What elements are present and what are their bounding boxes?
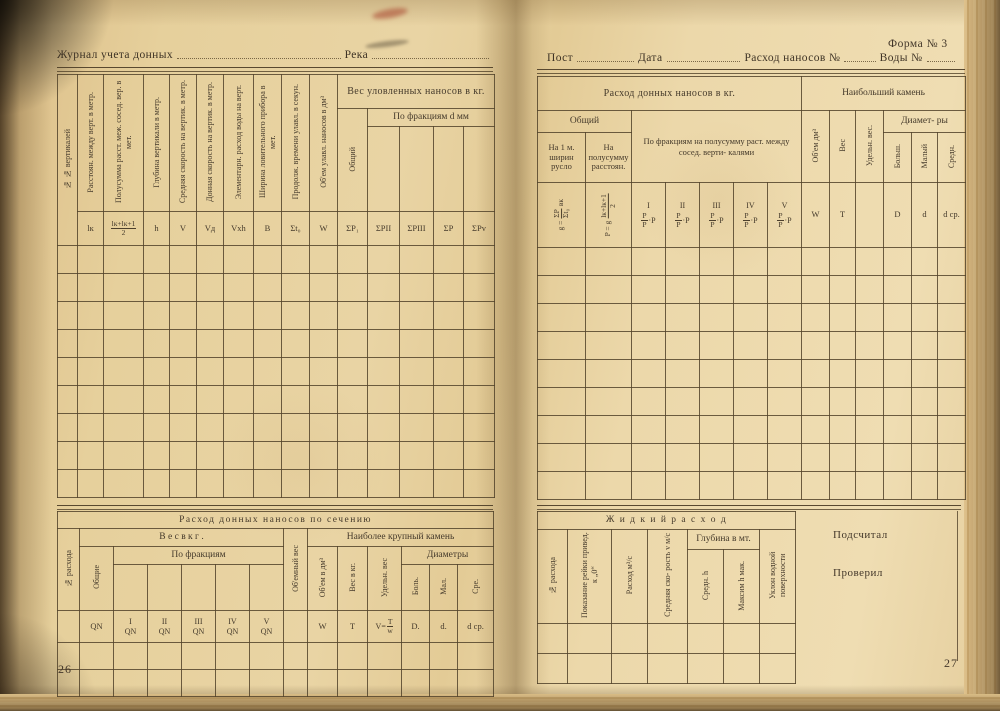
red-ink-smudge (371, 6, 408, 21)
symbol-empty (58, 611, 80, 643)
body-cell (282, 414, 310, 442)
body-cell (368, 414, 400, 442)
body-cell (224, 386, 254, 414)
body-cell (78, 302, 104, 330)
body-cell (538, 276, 586, 304)
body-cell (434, 470, 464, 498)
group-header-weight-kg: В е с в к г . (80, 529, 284, 547)
symbol-mean: d ср. (938, 183, 966, 248)
qn-5: VQN (251, 617, 282, 636)
symbol-qn-1: IQN (114, 611, 148, 643)
body-cell (216, 643, 250, 670)
body-cell (458, 643, 494, 670)
body-cell (856, 332, 884, 360)
body-cell (688, 624, 724, 654)
body-cell (170, 470, 197, 498)
body-cell (538, 248, 586, 276)
table-row (58, 274, 495, 302)
col-header-depth-max-label: Максим h мак. (737, 561, 747, 611)
body-cell (368, 670, 402, 697)
formula-suffix: ·P (649, 216, 656, 226)
body-cell (632, 472, 666, 500)
body-cell (734, 276, 768, 304)
formula-line: PP·P (777, 212, 791, 230)
body-cell (430, 643, 458, 670)
journal-label: Журнал учета донных (57, 49, 173, 61)
table-row (538, 360, 966, 388)
table-row (538, 472, 966, 500)
body-cell (586, 388, 632, 416)
symbol-depth: h (144, 212, 170, 246)
fraction-formula-3: IIIPP·P (701, 201, 732, 220)
body-cell (434, 386, 464, 414)
symbol-bottom-speed: Vд (197, 212, 224, 246)
body-cell (912, 276, 938, 304)
calculated-by-label: Подсчитал (833, 529, 957, 541)
body-cell (78, 358, 104, 386)
numeral: IV (735, 201, 766, 211)
col-header-large-label: Больш. (893, 144, 903, 168)
fraction-column-spacer (114, 565, 148, 611)
fraction: lк+lк+12 (600, 193, 618, 219)
formula-suffix: ·P (785, 216, 792, 226)
body-cell (282, 274, 310, 302)
body-cell (884, 472, 912, 500)
symbol-fraction-4: IVPP·P (734, 183, 768, 248)
fraction: PP (743, 212, 749, 230)
numeral: IV (217, 617, 248, 627)
date-label: Дата (638, 52, 663, 64)
body-cell (802, 444, 830, 472)
symbol-halfsum: lк+lк+12 (104, 212, 144, 246)
body-cell (632, 332, 666, 360)
col-header-q-label: Расход м³/с (625, 556, 635, 594)
body-cell (400, 442, 434, 470)
right-main-table-body (538, 248, 966, 500)
numeral: III (183, 617, 214, 627)
symbol-qn-common: QN (80, 611, 114, 643)
body-cell (282, 330, 310, 358)
body-cell (310, 302, 338, 330)
body-cell (104, 246, 144, 274)
body-cell (802, 276, 830, 304)
body-cell (78, 414, 104, 442)
left-main-table: № № вертикалей Расстоян. между верт. в м… (57, 74, 495, 498)
rotated-formula-wrap: P = glк+lк+12 (587, 206, 630, 224)
fraction-formula-5: VPP·P (769, 201, 800, 220)
formula-suffix: вк (557, 199, 566, 206)
body-cell (282, 302, 310, 330)
body-cell (284, 670, 308, 697)
body-cell (538, 472, 586, 500)
body-cell (802, 472, 830, 500)
body-cell (884, 332, 912, 360)
body-cell (144, 246, 170, 274)
table-row (538, 624, 796, 654)
body-cell (338, 274, 368, 302)
col-header-gauge: Показание рейки привед. к „0“ (568, 530, 612, 624)
body-cell (224, 442, 254, 470)
numeral: II (667, 201, 698, 211)
col-header-speed: Средняя ско- рость v м/с (648, 530, 688, 624)
book-scan: Журнал учета донных Река № № вертикалей … (0, 0, 1000, 711)
col-header-large: Больш. (884, 133, 912, 183)
body-cell (197, 330, 224, 358)
symbol-stone-weight: T (338, 611, 368, 643)
symbol-small: d (912, 183, 938, 248)
body-cell (182, 670, 216, 697)
body-cell (666, 472, 700, 500)
body-cell (734, 472, 768, 500)
body-cell (938, 276, 966, 304)
body-cell (402, 670, 430, 697)
formula-suffix: ·P (717, 216, 724, 226)
numeral: III (701, 201, 732, 211)
body-cell (224, 358, 254, 386)
body-cell (434, 274, 464, 302)
fraction-formula-1: IPP·P (633, 201, 664, 220)
halfsum-fraction: lк+lк+12 (111, 220, 137, 238)
col-header-large-label: Боль. (411, 577, 421, 595)
double-rule (57, 67, 493, 72)
col-header-volume-label: Об'ем улавл. наносов в дм³ (319, 96, 329, 188)
body-cell (224, 246, 254, 274)
col-header-common: Общие (80, 547, 114, 611)
body-cell (538, 444, 586, 472)
body-cell (254, 442, 282, 470)
qn-symbol: QN (159, 627, 171, 636)
body-cell (144, 386, 170, 414)
body-cell (144, 302, 170, 330)
body-cell (282, 470, 310, 498)
body-cell (938, 416, 966, 444)
body-cell (830, 332, 856, 360)
body-cell (830, 416, 856, 444)
symbol-volume: W (310, 212, 338, 246)
body-cell (338, 302, 368, 330)
table-row (58, 386, 495, 414)
body-cell (282, 358, 310, 386)
formula-prefix: g = (557, 221, 566, 231)
body-cell (144, 442, 170, 470)
symbol-mean: d ср. (458, 611, 494, 643)
body-cell (182, 643, 216, 670)
symbol-duration: Σt₀ (282, 212, 310, 246)
col-header-discharge-no: № расхода (538, 530, 568, 624)
body-cell (144, 470, 170, 498)
fraction-column-spacer (464, 127, 495, 212)
body-cell (912, 388, 938, 416)
col-header-total: Общий (338, 109, 368, 212)
col-header-catcher-width: Ширина ловительного прибора в мет. (254, 75, 282, 212)
col-header-halfsum: Полусумма расст. меж. сосед. вер. в мет. (104, 75, 144, 212)
body-cell (802, 388, 830, 416)
fraction-column-spacer (434, 127, 464, 212)
body-cell (538, 624, 568, 654)
body-cell (700, 472, 734, 500)
body-cell (700, 444, 734, 472)
body-cell (338, 470, 368, 498)
symbol-formula-p: P = glк+lк+12 (586, 183, 632, 248)
body-cell (856, 472, 884, 500)
symbol-fraction-5: VPP·P (768, 183, 802, 248)
double-rule (57, 505, 493, 510)
formula-line: PP·P (743, 212, 757, 230)
body-cell (856, 360, 884, 388)
fraction-column-spacer (216, 565, 250, 611)
body-cell (400, 386, 434, 414)
body-cell (666, 304, 700, 332)
table-row (58, 302, 495, 330)
group-header-total: Общий (538, 111, 632, 133)
right-bottom-table-body (538, 624, 796, 684)
symbol-weight: T (830, 183, 856, 248)
body-cell (104, 358, 144, 386)
col-header-depth: Глубина вертикали в метр. (144, 75, 170, 212)
qn-3: IIIQN (183, 617, 214, 636)
body-cell (912, 332, 938, 360)
col-header-specific-label: Удельн. вес. (865, 125, 875, 166)
checked-by-label: Проверил (833, 567, 957, 579)
table-row (58, 246, 495, 274)
water-no-label: Воды № (880, 52, 923, 64)
col-header-bottom-speed: Донная скорость на вертик. в метр. (197, 75, 224, 212)
col-header-specific-weight: Удельн. вес (368, 547, 402, 611)
dotted-leader (667, 52, 741, 62)
body-cell (912, 472, 938, 500)
rotated-formula-wrap: g =ΣPΣt₀вк (539, 206, 584, 224)
col-header-duration: Продолж. времени улавл. в секун. (282, 75, 310, 212)
col-header-slope-label: Уклон водной поверхности (768, 532, 788, 618)
body-cell (856, 276, 884, 304)
sediment-no-label: Расход наносов № (744, 52, 840, 64)
body-cell (368, 470, 400, 498)
body-cell (632, 388, 666, 416)
body-cell (58, 246, 78, 274)
fraction-formula-2: IIPP·P (667, 201, 698, 220)
formula-g: g =ΣPΣt₀вк (553, 199, 571, 231)
denominator: w (387, 627, 394, 635)
body-cell (170, 386, 197, 414)
symbol-empty (856, 183, 884, 248)
body-cell (938, 472, 966, 500)
body-cell (700, 416, 734, 444)
symbol-catcher-width: B (254, 212, 282, 246)
body-cell (632, 444, 666, 472)
body-cell (308, 670, 338, 697)
denominator: P (777, 221, 783, 229)
col-header-depth-mean-label: Средн. h (701, 571, 711, 600)
body-cell (148, 670, 182, 697)
formula-line: PP·P (709, 212, 723, 230)
group-header-diameters: Диаметры (402, 547, 494, 565)
formula-suffix: ·P (751, 216, 758, 226)
body-cell (402, 643, 430, 670)
body-cell (568, 624, 612, 654)
body-cell (464, 442, 495, 470)
body-cell (612, 624, 648, 654)
body-cell (310, 246, 338, 274)
body-cell (612, 654, 648, 684)
left-main-table-body (58, 246, 495, 498)
body-cell (632, 304, 666, 332)
denominator: Σt₀ (562, 208, 570, 219)
col-header-volumetric-weight: Об'емный вес (284, 529, 308, 611)
body-cell (830, 248, 856, 276)
body-cell (938, 360, 966, 388)
body-cell (338, 386, 368, 414)
body-cell (400, 302, 434, 330)
body-cell (197, 274, 224, 302)
dotted-leader (844, 52, 875, 62)
table-row (58, 414, 495, 442)
body-cell (104, 414, 144, 442)
symbol-large: D (884, 183, 912, 248)
table-row (538, 304, 966, 332)
body-cell (58, 470, 78, 498)
dotted-leader (372, 49, 489, 59)
body-cell (80, 670, 114, 697)
right-main-table: Расход донных наносов в кг. Наибольший к… (537, 76, 966, 500)
col-header-mean-speed: Средняя скорость на вертик. в метр. (170, 75, 197, 212)
formula-line: PP·P (675, 212, 689, 230)
col-header-gauge-label: Показание рейки привед. к „0“ (580, 532, 600, 618)
pencil-smudge (365, 38, 409, 49)
col-header-stone-volume-label: Об'ем в дм³ (318, 558, 328, 597)
body-cell (938, 248, 966, 276)
col-header-mean-label: Сре. (471, 579, 481, 594)
qn-1: IQN (115, 617, 146, 636)
body-cell (114, 643, 148, 670)
group-header-depth: Глубина в мт. (688, 530, 760, 550)
body-cell (700, 332, 734, 360)
body-cell (197, 414, 224, 442)
body-cell (170, 274, 197, 302)
body-cell (538, 332, 586, 360)
col-header-specific-weight-label: Удельн. вес (380, 558, 390, 597)
numeral: I (633, 201, 664, 211)
col-header-stone-weight: Вес в кг. (338, 547, 368, 611)
body-cell (464, 246, 495, 274)
body-cell (856, 248, 884, 276)
table-row (58, 670, 494, 697)
symbol-large: D. (402, 611, 430, 643)
body-cell (368, 643, 402, 670)
body-cell (768, 304, 802, 332)
body-cell (768, 416, 802, 444)
body-cell (144, 358, 170, 386)
body-cell (768, 276, 802, 304)
group-header-largest-stone: Наибольший камень (802, 77, 966, 111)
col-header-large: Боль. (402, 565, 430, 611)
body-cell (464, 386, 495, 414)
body-cell (666, 332, 700, 360)
body-cell (282, 442, 310, 470)
body-cell (114, 670, 148, 697)
body-cell (58, 274, 78, 302)
body-cell (912, 416, 938, 444)
body-cell (666, 276, 700, 304)
body-cell (586, 472, 632, 500)
body-cell (58, 302, 78, 330)
body-cell (434, 246, 464, 274)
denominator: P (641, 221, 647, 229)
body-cell (666, 360, 700, 388)
body-cell (368, 442, 400, 470)
body-cell (338, 358, 368, 386)
body-cell (700, 388, 734, 416)
right-bottom-table: Ж и д к и й р а с х о д № расхода Показа… (537, 511, 796, 684)
symbol-mean-speed: V (170, 212, 197, 246)
liquid-discharge-title: Ж и д к и й р а с х о д (538, 512, 796, 530)
fraction: ΣPΣt₀ (553, 208, 571, 219)
body-cell (586, 332, 632, 360)
body-cell (666, 416, 700, 444)
body-cell (586, 360, 632, 388)
symbol-empty (284, 611, 308, 643)
body-cell (464, 330, 495, 358)
col-header-bottom-speed-label: Донная скорость на вертик. в метр. (205, 82, 215, 202)
denominator: P (675, 221, 681, 229)
body-cell (884, 360, 912, 388)
body-cell (308, 643, 338, 670)
body-cell (830, 304, 856, 332)
fraction: PP (641, 212, 647, 230)
fraction: PP (709, 212, 715, 230)
col-header-small-label: Малый (920, 144, 930, 168)
double-rule (537, 505, 961, 510)
body-cell (538, 654, 568, 684)
fraction: Tw (387, 618, 394, 636)
body-cell (666, 388, 700, 416)
body-cell (632, 416, 666, 444)
col-header-unit-discharge-label: Элементарн. расход воды на верт. (234, 85, 244, 199)
symbol-distance: lк (78, 212, 104, 246)
table-row (58, 643, 494, 670)
body-cell (830, 388, 856, 416)
col-header-halfsum-dist: На полусумму расстоян. (586, 133, 632, 183)
body-cell (80, 643, 114, 670)
post-label: Пост (547, 52, 573, 64)
body-cell (104, 470, 144, 498)
body-cell (400, 358, 434, 386)
body-cell (58, 386, 78, 414)
body-cell (368, 302, 400, 330)
fraction-column-spacer (400, 127, 434, 212)
body-cell (144, 414, 170, 442)
col-header-duration-label: Продолж. времени улавл. в секун. (291, 84, 301, 199)
form-number-label: Форма № 3 (888, 38, 948, 50)
body-cell (78, 274, 104, 302)
body-cell (538, 360, 586, 388)
body-cell (197, 302, 224, 330)
body-cell (434, 330, 464, 358)
col-header-discharge-no-label: № расхода (548, 557, 558, 594)
body-cell (830, 276, 856, 304)
numeral: I (115, 617, 146, 627)
body-cell (104, 302, 144, 330)
col-header-mean: Средн. (938, 133, 966, 183)
left-bottom-table: Расход донных наносов по сечению № расхо… (57, 511, 494, 697)
body-cell (338, 670, 368, 697)
body-cell (586, 276, 632, 304)
table-row (538, 388, 966, 416)
body-cell (144, 330, 170, 358)
body-cell (78, 442, 104, 470)
body-cell (250, 643, 284, 670)
page-stack-edge-right (964, 0, 1000, 711)
body-cell (768, 248, 802, 276)
